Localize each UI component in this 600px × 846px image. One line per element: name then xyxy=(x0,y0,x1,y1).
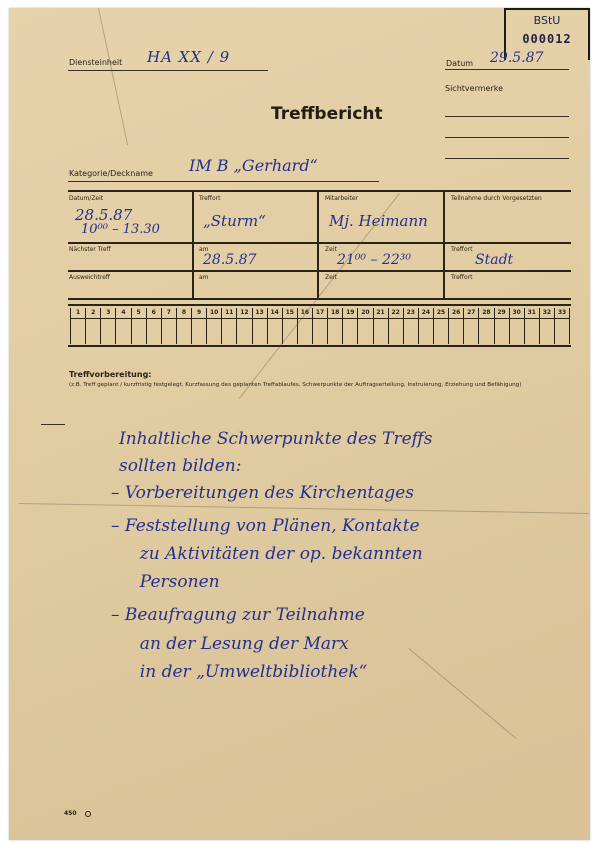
treffvorbereitung-heading: Treffvorbereitung: xyxy=(69,370,152,379)
treffort-label: Treffort xyxy=(199,195,220,202)
page-title: Treffbericht xyxy=(271,104,383,124)
sichtvermerke-line-3 xyxy=(445,158,569,159)
treffvorbereitung-description: (z.B. Treff geplant / kurzfristig festge… xyxy=(69,381,575,390)
grid-cell: 17 xyxy=(312,308,327,344)
grid-cell: 28 xyxy=(478,308,493,344)
sichtvermerke-line-2 xyxy=(445,137,569,138)
kategorie-label: Kategorie/Deckname xyxy=(69,169,153,178)
diensteinheit-line xyxy=(68,70,268,71)
table-row2-bottom xyxy=(68,270,571,272)
naechster-zeit-value: 21⁰⁰ – 22³⁰ xyxy=(337,252,411,268)
treffort-value: „Sturm“ xyxy=(203,212,266,230)
note-line-1: Inhaltliche Schwerpunkte des Treffs xyxy=(119,429,432,449)
meeting-time: 10⁰⁰ – 13.30 xyxy=(81,222,160,237)
note-line-9: in der „Umweltbibliothek“ xyxy=(129,662,367,682)
note-line-4: – Feststellung von Plänen, Kontakte xyxy=(111,516,420,536)
grid-cell: 13 xyxy=(252,308,267,344)
table-col-divider-2 xyxy=(317,190,319,300)
grid-bottom-border xyxy=(68,345,571,347)
grid-cell: 18 xyxy=(327,308,342,344)
grid-cell: 6 xyxy=(146,308,161,344)
diensteinheit-label: Diensteinheit xyxy=(69,58,122,67)
grid-cell: 14 xyxy=(267,308,282,344)
table-col-divider-1 xyxy=(192,190,194,300)
grid-cell: 22 xyxy=(388,308,403,344)
diensteinheit-value: HA XX / 9 xyxy=(147,48,230,66)
paper-crease xyxy=(408,648,516,739)
note-line-6: Personen xyxy=(129,572,220,592)
stamp-org: BStU xyxy=(506,14,588,27)
datum-line xyxy=(445,69,569,70)
form-number: 450 xyxy=(64,810,77,817)
grid-cell: 25 xyxy=(433,308,448,344)
grid-cell: 10 xyxy=(206,308,221,344)
grid-cell: 8 xyxy=(176,308,191,344)
naechster-zeit-label: Zeit xyxy=(325,246,337,253)
sichtvermerke-label: Sichtvermerke xyxy=(445,84,503,93)
punch-hole-mark xyxy=(85,811,91,817)
kategorie-value: IM B „Gerhard“ xyxy=(189,156,318,175)
grid-cell: 9 xyxy=(191,308,206,344)
paper-crease xyxy=(19,503,589,514)
naechster-am-value: 28.5.87 xyxy=(203,252,256,268)
grid-cell: 24 xyxy=(418,308,433,344)
grid-cell: 2 xyxy=(85,308,100,344)
ausweich-treffort-label: Treffort xyxy=(451,274,472,281)
paper-crease xyxy=(98,8,128,145)
ausweichtreff-label: Ausweichtreff xyxy=(69,274,110,281)
grid-cell: 11 xyxy=(221,308,236,344)
teilnahme-label: Teilnahme durch Vorgesetzten xyxy=(451,195,542,202)
grid-top-border xyxy=(68,304,571,306)
note-line-8: an der Lesung der Marx xyxy=(129,634,349,654)
naechster-treff-label: Nächster Treff xyxy=(69,246,111,253)
number-grid: 1 2 3 4 5 6 7 8 9 10 11 12 13 14 15 16 1… xyxy=(70,308,570,344)
grid-cell: 20 xyxy=(357,308,372,344)
grid-cell: 7 xyxy=(161,308,176,344)
naechster-treffort-value: Stadt xyxy=(475,252,513,268)
table-row3-bottom xyxy=(68,298,571,300)
note-line-2: sollten bilden: xyxy=(119,456,241,476)
grid-cell: 30 xyxy=(509,308,524,344)
grid-cell: 23 xyxy=(403,308,418,344)
document-page: BStU 000012 Diensteinheit HA XX / 9 Datu… xyxy=(9,8,590,840)
table-top-border xyxy=(68,190,571,192)
mitarbeiter-label: Mitarbeiter xyxy=(325,195,358,202)
grid-cell: 21 xyxy=(373,308,388,344)
grid-cell: 1 xyxy=(70,308,85,344)
sichtvermerke-line-1 xyxy=(445,116,569,117)
naechster-treffort-label: Treffort xyxy=(451,246,472,253)
datum-value: 29.5.87 xyxy=(490,50,543,66)
kategorie-line xyxy=(68,181,379,182)
stamp-number: 000012 xyxy=(506,32,588,46)
grid-cell: 26 xyxy=(448,308,463,344)
datum-zeit-label: Datum/Zeit xyxy=(69,195,103,202)
table-col-divider-3 xyxy=(443,190,445,300)
grid-cell: 33 xyxy=(554,308,570,344)
grid-cell: 29 xyxy=(494,308,509,344)
grid-cell: 12 xyxy=(236,308,251,344)
grid-cell: 19 xyxy=(342,308,357,344)
grid-cell: 4 xyxy=(115,308,130,344)
grid-cell: 5 xyxy=(131,308,146,344)
grid-cell: 3 xyxy=(100,308,115,344)
note-line-3: – Vorbereitungen des Kirchentages xyxy=(111,483,414,503)
table-row1-bottom xyxy=(68,242,571,244)
grid-cell: 31 xyxy=(524,308,539,344)
grid-cell: 27 xyxy=(463,308,478,344)
ausweich-am-label: am xyxy=(199,274,209,281)
note-line-5: zu Aktivitäten der op. bekannten xyxy=(129,544,423,564)
grid-cell: 32 xyxy=(539,308,554,344)
margin-mark xyxy=(41,424,65,425)
datum-label: Datum xyxy=(446,59,473,68)
note-line-7: – Beaufragung zur Teilnahme xyxy=(111,605,365,625)
